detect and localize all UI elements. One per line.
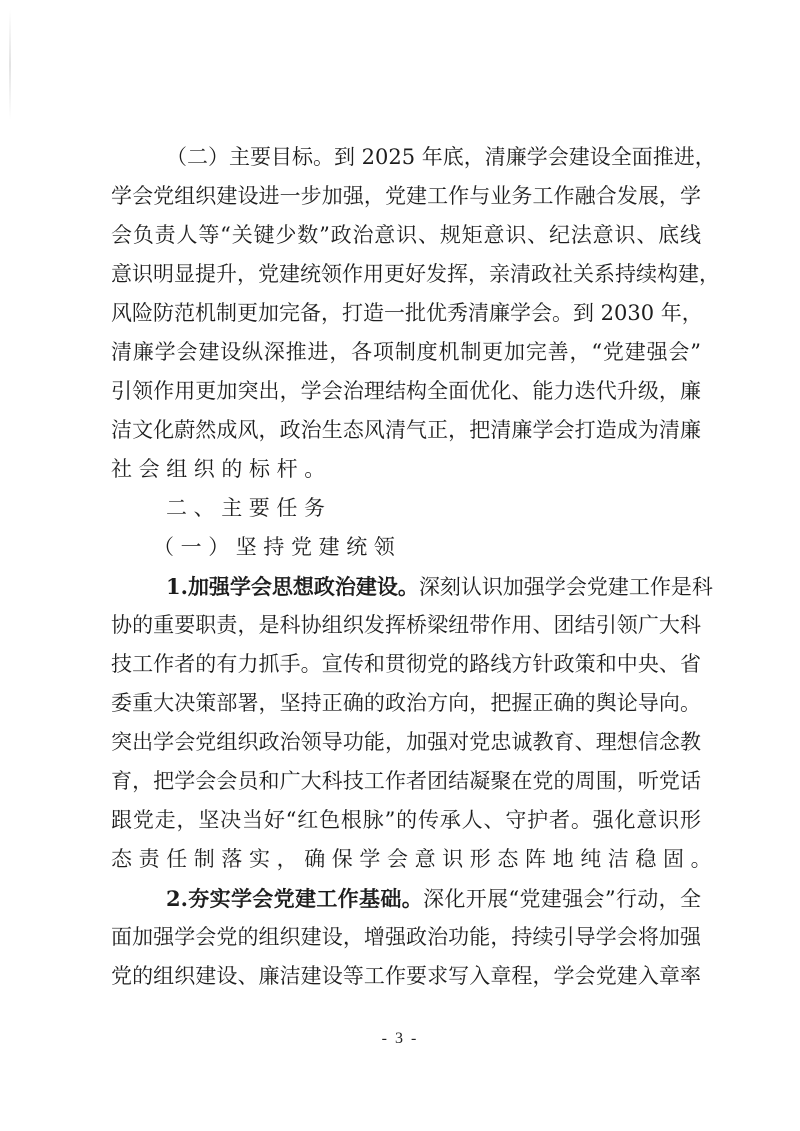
section-heading: 二、主要任务 — [111, 489, 701, 528]
text-line: 清廉学会建设纵深推进，各项制度机制更加完善，“党建强会” — [111, 333, 701, 372]
item-title: 加强学会思想政治建设。 — [188, 574, 419, 599]
text-line: 洁文化蔚然成风，政治生态风清气正，把清廉学会打造成为清廉 — [111, 411, 701, 450]
text-line: 会负责人等“关键少数”政治意识、规矩意识、纪法意识、底线 — [111, 216, 701, 255]
item-number: 1. — [166, 574, 188, 599]
document-body: （二）主要目标。到 2025 年底，清廉学会建设全面推进， 学会党组织建设进一步… — [111, 138, 701, 996]
paragraph-main-goals: （二）主要目标。到 2025 年底，清廉学会建设全面推进， 学会党组织建设进一步… — [111, 138, 701, 489]
document-page: （二）主要目标。到 2025 年底，清廉学会建设全面推进， 学会党组织建设进一步… — [0, 0, 800, 1131]
text-line: 技工作者的有力抓手。宣传和贯彻党的路线方针政策和中央、省 — [111, 645, 701, 684]
text-line: 面加强学会党的组织建设，增强政治功能，持续引导学会将加强 — [111, 918, 701, 957]
text-line: 协的重要职责，是科协组织发挥桥梁纽带作用、团结引领广大科 — [111, 606, 701, 645]
text-line: 风险防范机制更加完备，打造一批优秀清廉学会。到 2030 年， — [111, 294, 701, 333]
item-1-paragraph: 1.加强学会思想政治建设。深刻认识加强学会党建工作是科 协的重要职责，是科协组织… — [111, 567, 701, 879]
text-line: 意识明显提升，党建统领作用更好发挥，亲清政社关系持续构建， — [111, 255, 701, 294]
text-line: 引领作用更加突出，学会治理结构全面优化、能力迭代升级，廉 — [111, 372, 701, 411]
item-first-line: 1.加强学会思想政治建设。深刻认识加强学会党建工作是科 — [111, 567, 701, 606]
item-first-line: 2.夯实学会党建工作基础。深化开展“党建强会”行动，全 — [111, 879, 701, 918]
text-line: （二）主要目标。到 2025 年底，清廉学会建设全面推进， — [111, 138, 701, 177]
text-line: 社会组织的标杆。 — [111, 450, 701, 489]
text-line: 学会党组织建设进一步加强，党建工作与业务工作融合发展，学 — [111, 177, 701, 216]
item-text: 深化开展“党建强会”行动，全 — [423, 887, 701, 911]
text-line: 党的组织建设、廉洁建设等工作要求写入章程，学会党建入章率 — [111, 957, 701, 996]
item-text: 深刻认识加强学会党建工作是科 — [419, 575, 713, 599]
text-line: 育，把学会会员和广大科技工作者团结凝聚在党的周围，听党话 — [111, 762, 701, 801]
text-line: 突出学会党组织政治领导功能，加强对党忠诚教育、理想信念教 — [111, 723, 701, 762]
item-title: 夯实学会党建工作基础。 — [188, 886, 423, 911]
page-number: - 3 - — [0, 1030, 800, 1048]
subsection-heading: （一）坚持党建统领 — [111, 528, 701, 567]
text-line: 委重大决策部署，坚持正确的政治方向，把握正确的舆论导向。 — [111, 684, 701, 723]
text-line: 跟党走，坚决当好“红色根脉”的传承人、守护者。强化意识形 — [111, 801, 701, 840]
item-2-paragraph: 2.夯实学会党建工作基础。深化开展“党建强会”行动，全 面加强学会党的组织建设，… — [111, 879, 701, 996]
scan-edge-mark — [9, 10, 11, 120]
item-number: 2. — [166, 886, 188, 911]
text-line: 态责任制落实，确保学会意识形态阵地纯洁稳固。 — [111, 840, 701, 879]
